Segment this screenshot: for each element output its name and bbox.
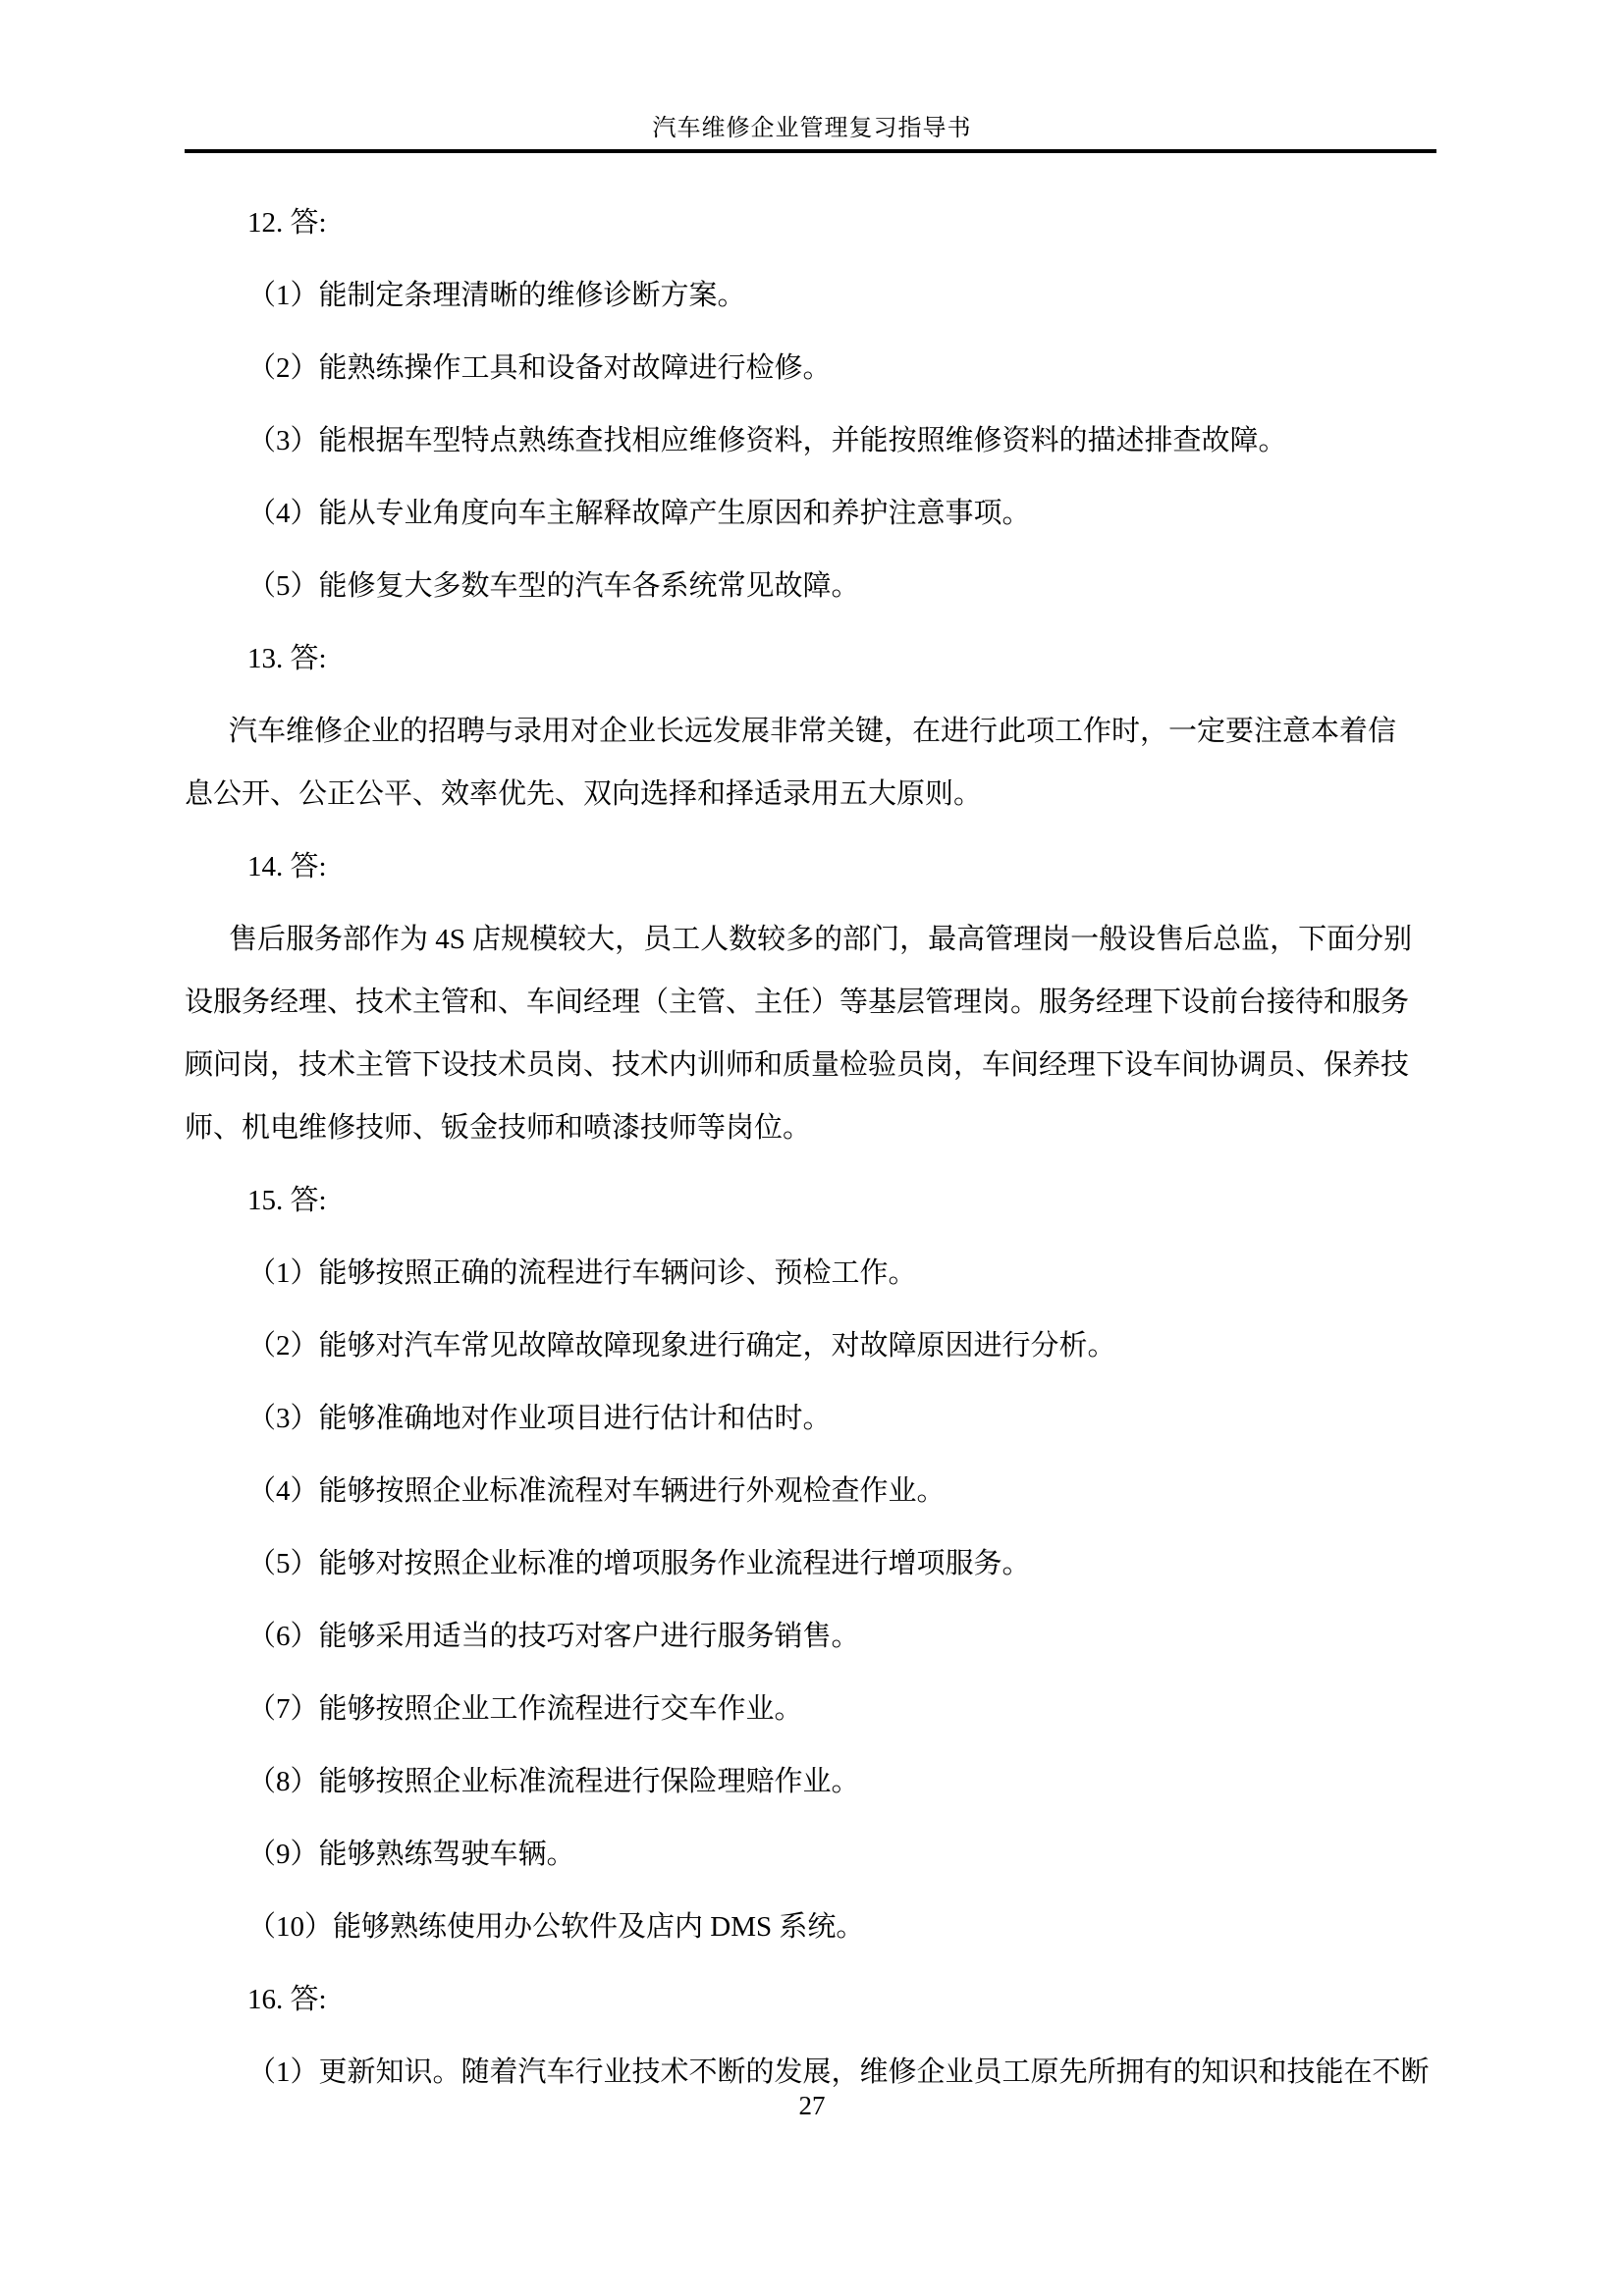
list-item: （6）能够采用适当的技巧对客户进行服务销售。 xyxy=(185,1605,1434,1668)
answer-label: 15. 答: xyxy=(185,1169,1434,1232)
list-item: （3）能够准确地对作业项目进行估计和估时。 xyxy=(185,1387,1434,1450)
list-item: （1）能够按照正确的流程进行车辆问诊、预检工作。 xyxy=(185,1242,1434,1305)
list-item: （7）能够按照企业工作流程进行交车作业。 xyxy=(185,1678,1434,1740)
paragraph: 售后服务部作为 4S 店规模较大，员工人数较多的部门，最高管理岗一般设售后总监，… xyxy=(185,908,1434,1159)
paragraph-line: 息公开、公正公平、效率优先、双向选择和择适录用五大原则。 xyxy=(185,763,1434,826)
list-item: （8）能够按照企业标准流程进行保险理赔作业。 xyxy=(185,1750,1434,1813)
paragraph-line: 汽车维修企业的招聘与录用对企业长远发展非常关键，在进行此项工作时，一定要注意本着… xyxy=(185,700,1434,763)
list-item: （9）能够熟练驾驶车辆。 xyxy=(185,1823,1434,1886)
list-item: （4）能从专业角度向车主解释故障产生原因和养护注意事项。 xyxy=(185,482,1434,545)
paragraph: 汽车维修企业的招聘与录用对企业长远发展非常关键，在进行此项工作时，一定要注意本着… xyxy=(185,700,1434,826)
paragraph-line: 顾问岗，技术主管下设技术员岗、技术内训师和质量检验员岗，车间经理下设车间协调员、… xyxy=(185,1034,1434,1096)
answer-label: 13. 答: xyxy=(185,627,1434,690)
answer-label: 16. 答: xyxy=(185,1968,1434,2031)
page-number: 27 xyxy=(0,2089,1624,2122)
list-item: （10）能够熟练使用办公软件及店内 DMS 系统。 xyxy=(185,1896,1434,1958)
answer-label: 12. 答: xyxy=(185,191,1434,254)
document-body: 12. 答:（1）能制定条理清晰的维修诊断方案。（2）能熟练操作工具和设备对故障… xyxy=(185,191,1434,2104)
paragraph-line: 设服务经理、技术主管和、车间经理（主管、主任）等基层管理岗。服务经理下设前台接待… xyxy=(185,971,1434,1034)
header-rule-divider xyxy=(185,149,1436,153)
list-item: （4）能够按照企业标准流程对车辆进行外观检查作业。 xyxy=(185,1460,1434,1522)
list-item: （2）能熟练操作工具和设备对故障进行检修。 xyxy=(185,337,1434,400)
list-item: （3）能根据车型特点熟练查找相应维修资料，并能按照维修资料的描述排查故障。 xyxy=(185,409,1434,472)
list-item: （5）能够对按照企业标准的增项服务作业流程进行增项服务。 xyxy=(185,1532,1434,1595)
document-page: 汽车维修企业管理复习指导书 12. 答:（1）能制定条理清晰的维修诊断方案。（2… xyxy=(0,0,1624,2296)
answer-label: 14. 答: xyxy=(185,835,1434,898)
paragraph-line: 售后服务部作为 4S 店规模较大，员工人数较多的部门，最高管理岗一般设售后总监，… xyxy=(185,908,1434,971)
list-item: （1）能制定条理清晰的维修诊断方案。 xyxy=(185,264,1434,327)
list-item: （5）能修复大多数车型的汽车各系统常见故障。 xyxy=(185,555,1434,617)
page-header-title: 汽车维修企业管理复习指导书 xyxy=(0,114,1624,143)
paragraph-line: 师、机电维修技师、钣金技师和喷漆技师等岗位。 xyxy=(185,1096,1434,1159)
list-item: （2）能够对汽车常见故障故障现象进行确定，对故障原因进行分析。 xyxy=(185,1314,1434,1377)
